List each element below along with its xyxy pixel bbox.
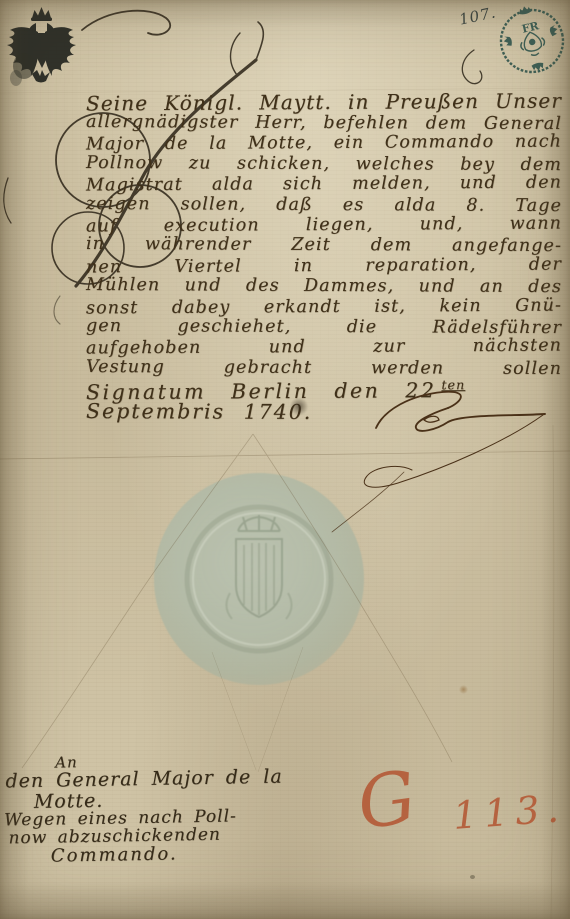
letter-yearline: Septembris 1740. bbox=[86, 399, 562, 423]
letter-line: Magistrat alda sich melden, und den bbox=[86, 173, 562, 196]
letter-line: Vestung gebracht werden sollen bbox=[86, 357, 562, 379]
paper-speck bbox=[470, 875, 475, 879]
ink-blot bbox=[289, 398, 309, 415]
manuscript-page: 107. FR Seine Königl. Maytt. in Preußen … bbox=[0, 0, 570, 919]
embossed-paper-seal bbox=[154, 473, 364, 685]
seal-coat-of-arms bbox=[154, 473, 364, 685]
letter-line: Major de la Motte, ein Commando nach bbox=[86, 132, 562, 155]
letter-dateline: Signatum Berlin den 22ten bbox=[86, 377, 562, 402]
letter-line: zeigen sollen, daß es alda 8. Tage bbox=[86, 194, 562, 216]
letter-line: sonst dabey erkandt ist, kein Gnü- bbox=[86, 295, 562, 318]
letter-line: aufgehoben und zur nächsten bbox=[86, 336, 562, 359]
letter-line: nen Viertel in reparation, der bbox=[86, 254, 562, 277]
letter-line: Mühlen und des Dammes, und an des bbox=[86, 275, 562, 297]
dateline-superscript: ten bbox=[441, 377, 465, 392]
letter-line: gen geschiehet, die Rädelsführer bbox=[86, 316, 562, 338]
address-line: Commando. bbox=[51, 842, 285, 866]
registry-letter: G bbox=[352, 754, 421, 845]
address-block: An den General Major de la Motte. Wegen … bbox=[3, 750, 284, 867]
address-line: den General Major de la bbox=[5, 766, 283, 792]
letter-line: in währender Zeit dem angefange- bbox=[86, 234, 562, 256]
collector-stamp-icon: FR bbox=[489, 0, 570, 85]
prussian-eagle-stamp-icon bbox=[2, 2, 84, 102]
letter-line: Seine Königl. Maytt. in Preußen Unser bbox=[86, 89, 562, 115]
letter-body: Seine Königl. Maytt. in Preußen Unser al… bbox=[86, 90, 562, 422]
paper-stain bbox=[459, 685, 468, 694]
registry-number: 113. bbox=[452, 786, 567, 838]
letter-line: Pollnow zu schicken, welches bey dem bbox=[86, 153, 562, 175]
